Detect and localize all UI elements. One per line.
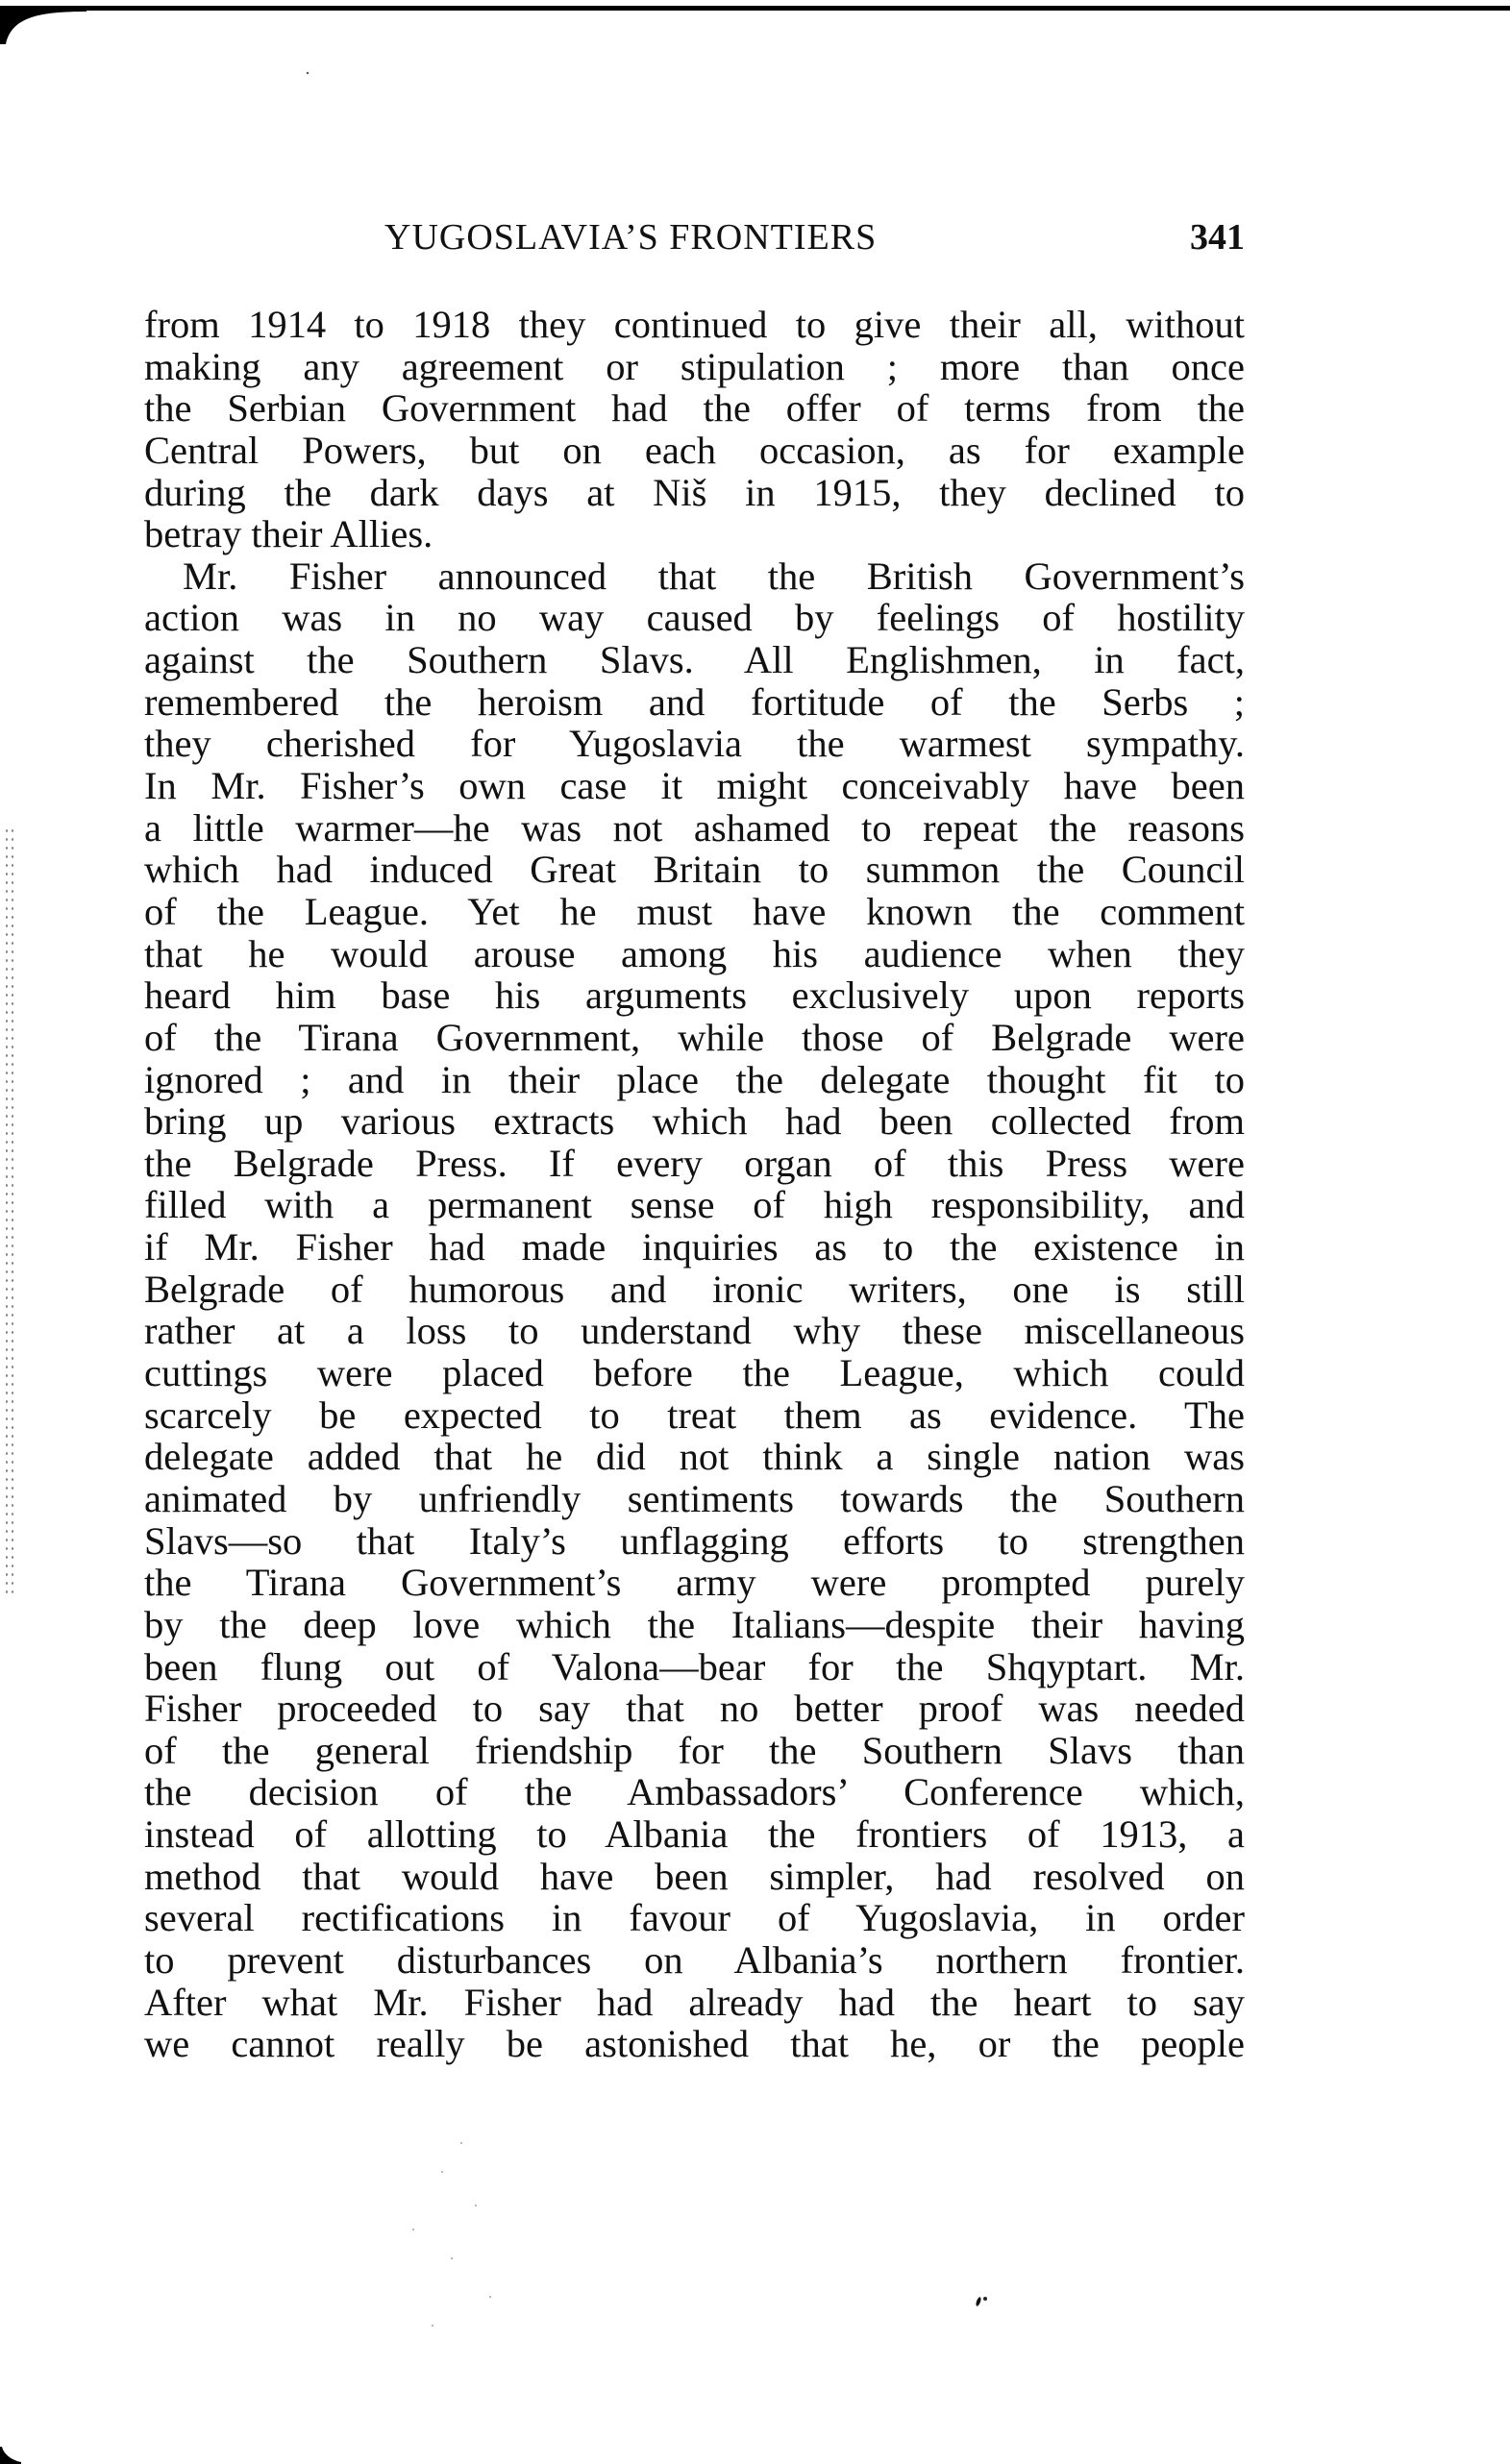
text-line: scarcely be expected to treat them as ev… <box>144 1394 1245 1437</box>
text-line: ignored ; and in their place the delegat… <box>144 1059 1245 1101</box>
scan-left-margin-noise <box>4 826 17 1595</box>
text-line: that he would arouse among his audience … <box>144 933 1245 975</box>
text-line: instead of allotting to Albania the fron… <box>144 1813 1245 1856</box>
text-line: delegate added that he did not think a s… <box>144 1436 1245 1478</box>
text-line: cuttings were placed before the League, … <box>144 1352 1245 1394</box>
running-head: YUGOSLAVIA’S FRONTIERS 341 <box>144 213 1245 261</box>
text-line: of the League. Yet he must have known th… <box>144 891 1245 933</box>
text-line: After what Mr. Fisher had already had th… <box>144 1982 1245 2024</box>
text-line: remembered the heroism and fortitude of … <box>144 681 1245 724</box>
text-line: a little warmer—he was not ashamed to re… <box>144 807 1245 850</box>
text-line: action was in no way caused by feelings … <box>144 597 1245 639</box>
text-line: Slavs—so that Italy’s unflagging efforts… <box>144 1520 1245 1563</box>
text-line: several rectifications in favour of Yugo… <box>144 1897 1245 1939</box>
text-line: Mr. Fisher announced that the British Go… <box>144 555 1245 598</box>
text-line: during the dark days at Niš in 1915, the… <box>144 472 1245 514</box>
text-line: In Mr. Fisher’s own case it might concei… <box>144 765 1245 807</box>
text-line: of the Tirana Government, while those of… <box>144 1017 1245 1059</box>
text-line: Central Powers, but on each occasion, as… <box>144 430 1245 472</box>
text-line: they cherished for Yugoslavia the warmes… <box>144 723 1245 765</box>
text-line: of the general friendship for the Southe… <box>144 1730 1245 1772</box>
text-line: Belgrade of humorous and ironic writers,… <box>144 1269 1245 1311</box>
page-number: 341 <box>1190 213 1245 261</box>
text-line: the Belgrade Press. If every organ of th… <box>144 1143 1245 1185</box>
text-line: bring up various extracts which had been… <box>144 1100 1245 1143</box>
text-line: filled with a permanent sense of high re… <box>144 1184 1245 1226</box>
text-line: rather at a loss to understand why these… <box>144 1310 1245 1352</box>
text-line: the Serbian Government had the offer of … <box>144 387 1245 430</box>
text-line: Fisher proceeded to say that no better p… <box>144 1688 1245 1730</box>
text-line: the Tirana Government’s army were prompt… <box>144 1562 1245 1604</box>
text-line: to prevent disturbances on Albania’s nor… <box>144 1939 1245 1982</box>
scan-bottom-corner <box>0 2447 21 2464</box>
text-line: method that would have been simpler, had… <box>144 1856 1245 1898</box>
text-line: betray their Allies. <box>144 513 1245 555</box>
text-line: we cannot really be astonished that he, … <box>144 2023 1245 2065</box>
text-line: making any agreement or stipulation ; mo… <box>144 346 1245 388</box>
text-line: by the deep love which the Italians—desp… <box>144 1604 1245 1646</box>
text-line: which had induced Great Britain to summo… <box>144 849 1245 891</box>
paragraph-2: Mr. Fisher announced that the British Go… <box>144 555 1245 2065</box>
scan-corner-shadow <box>0 6 87 44</box>
text-line: heard him base his arguments exclusively… <box>144 974 1245 1017</box>
text-line: been flung out of Valona—bear for the Sh… <box>144 1646 1245 1688</box>
text-line: animated by unfriendly sentiments toward… <box>144 1478 1245 1520</box>
paragraph-1: from 1914 to 1918 they continued to give… <box>144 304 1245 555</box>
chapter-title: YUGOSLAVIA’S FRONTIERS <box>384 213 877 261</box>
text-line: against the Southern Slavs. All Englishm… <box>144 639 1245 681</box>
body-text: from 1914 to 1918 they continued to give… <box>144 304 1245 2065</box>
text-line: the decision of the Ambassadors’ Confere… <box>144 1771 1245 1813</box>
text-line: if Mr. Fisher had made inquiries as to t… <box>144 1226 1245 1269</box>
scan-top-border <box>0 6 1510 11</box>
text-line: from 1914 to 1918 they continued to give… <box>144 304 1245 346</box>
